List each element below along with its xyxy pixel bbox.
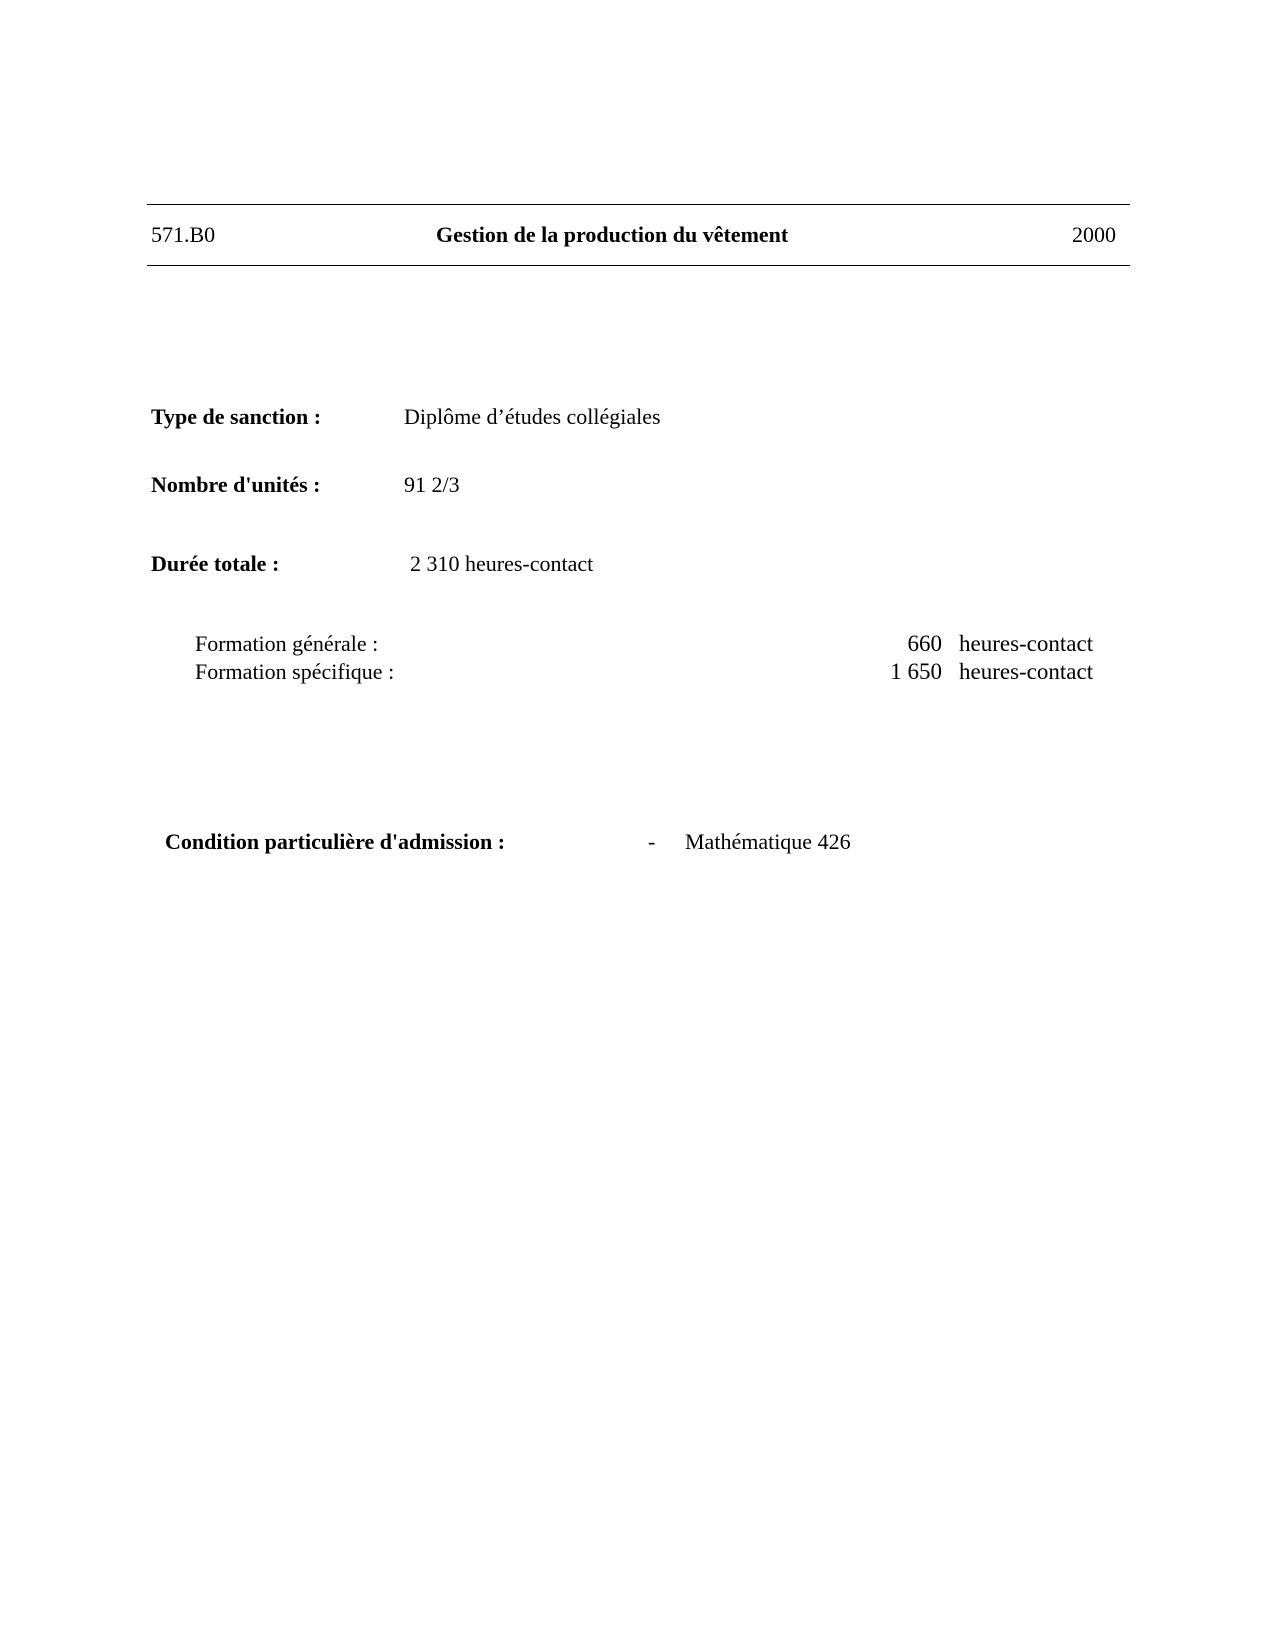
header-top-rule [147, 204, 1130, 205]
units-label: Nombre d'unités : [151, 472, 321, 498]
admission-bullet: - [648, 829, 655, 855]
general-training-unit: heures-contact [959, 631, 1093, 657]
duration-label: Durée totale : [151, 551, 279, 577]
units-value: 91 2/3 [404, 472, 460, 498]
program-code: 571.B0 [151, 222, 215, 248]
specific-training-hours: 1 650 [822, 659, 942, 685]
header-bottom-rule [147, 265, 1130, 266]
general-training-hours: 660 [822, 631, 942, 657]
program-title: Gestion de la production du vêtement [436, 222, 788, 248]
sanction-label: Type de sanction : [151, 404, 321, 430]
duration-value: 2 310 heures-contact [410, 551, 593, 577]
admission-value: Mathématique 426 [685, 829, 851, 855]
general-training-label: Formation générale : [195, 631, 378, 657]
specific-training-label: Formation spécifique : [195, 659, 394, 685]
sanction-value: Diplôme d’études collégiales [404, 404, 661, 430]
admission-label: Condition particulière d'admission : [165, 829, 505, 855]
program-year: 2000 [1072, 222, 1116, 248]
specific-training-unit: heures-contact [959, 659, 1093, 685]
